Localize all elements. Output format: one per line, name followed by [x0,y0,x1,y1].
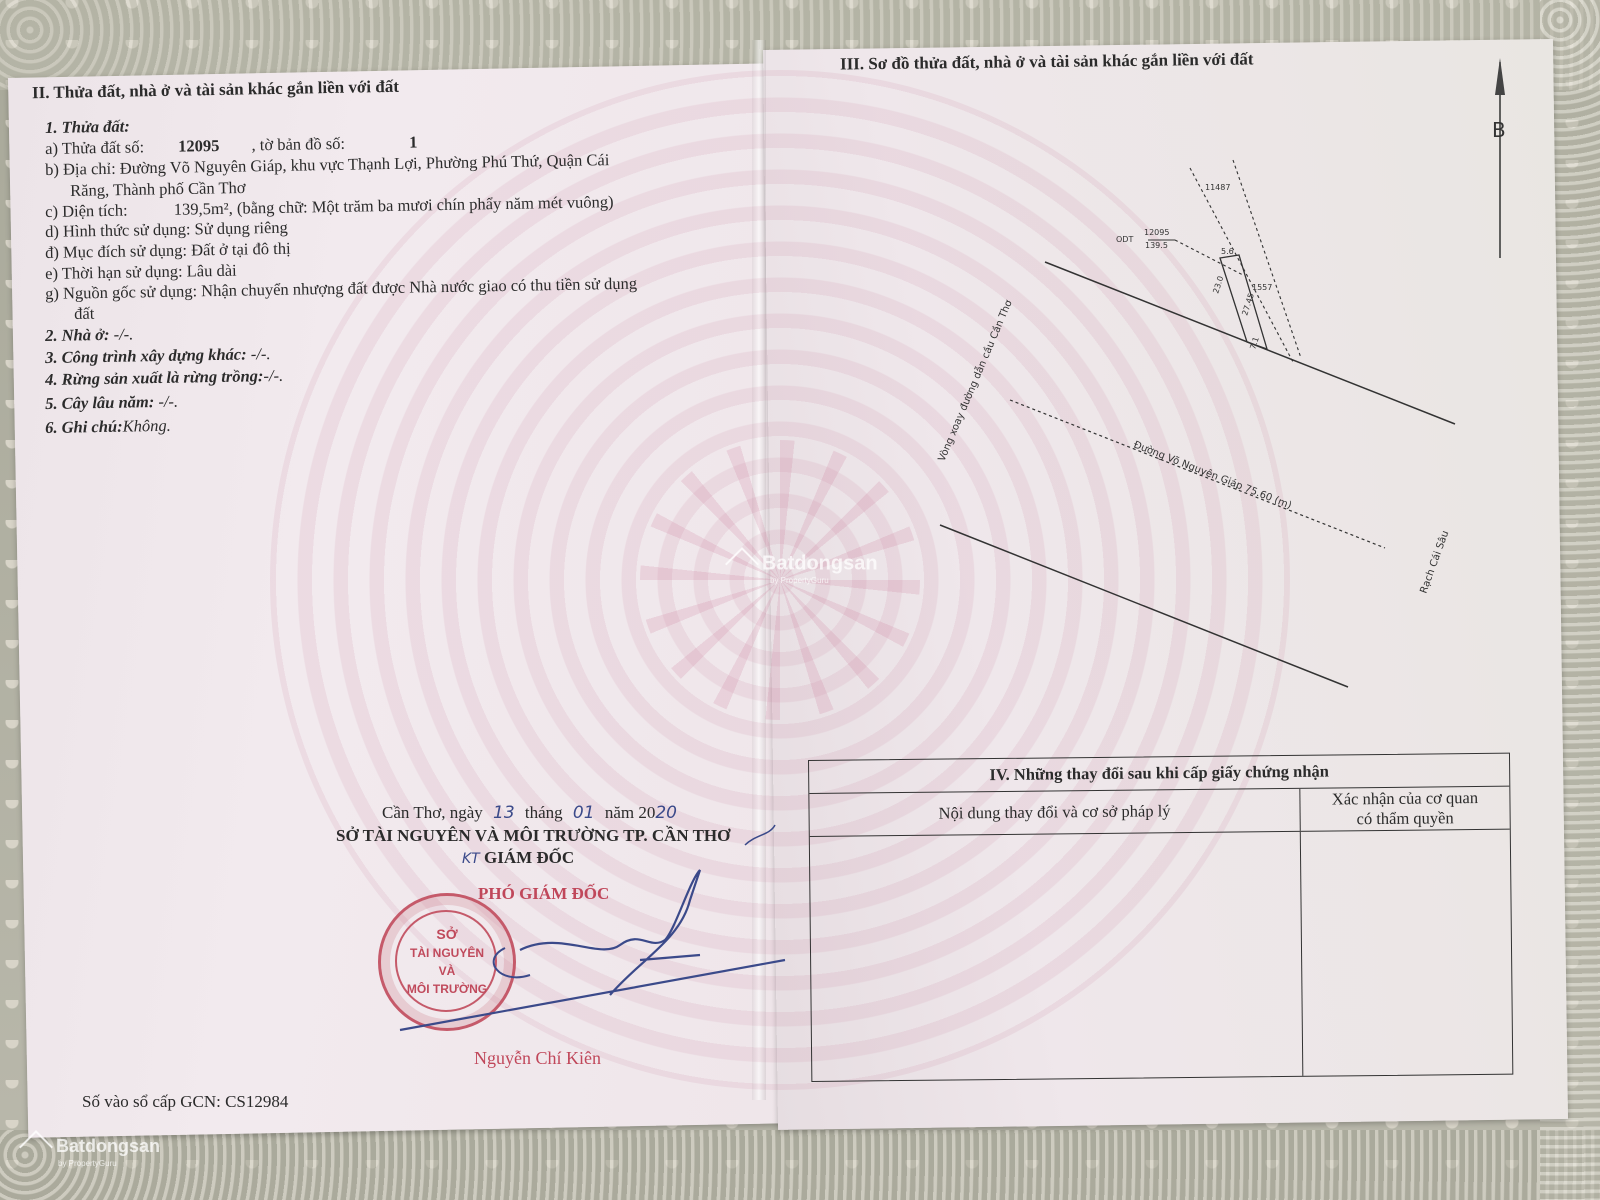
signer-name: Nguyễn Chí Kiên [474,1048,601,1069]
issuing-authority: SỞ TÀI NGUYÊN VÀ MÔI TRƯỜNG TP. CẦN THƠ [336,826,730,846]
watermark-byline-small: by PropertyGuru [58,1159,160,1168]
item3-value: -/-. [251,344,271,363]
stamp-line-2: TÀI NGUYÊN [381,946,513,960]
item1-heading: 1. Thửa đất: [45,117,130,138]
item2-label: 2. Nhà ở: [45,325,110,345]
date-prefix: Cần Thơ, ngày [382,803,483,822]
map-sheet-number: 1 [409,133,418,152]
date-month: 01 [573,803,595,823]
item2-row: 2. Nhà ở: -/-. [45,324,133,346]
header-authority-line-2: có thẩm quyền [1301,808,1510,830]
origin-line-2: đất [74,304,95,324]
watermark-brand: Batdongsan [762,552,878,574]
header-authority-confirmation: Xác nhận của cơ quan có thẩm quyền [1300,787,1509,831]
date-year-label: năm 20 [605,803,656,822]
issue-date: Cần Thơ, ngày 13 tháng 01 năm 2020 [382,803,677,823]
date-day: 13 [493,803,515,823]
stamp-line-1: SỞ [381,926,513,942]
changes-table-header: Nội dung thay đổi và cơ sở pháp lý Xác n… [809,787,1509,837]
official-red-stamp: SỞ TÀI NGUYÊN VÀ MÔI TRƯỜNG [378,893,516,1031]
item5-label: 5. Cây lâu năm: [45,392,154,413]
item6-value: Không. [122,416,170,436]
director-line: KT GIÁM ĐỐC [462,848,574,868]
item5-value: -/-. [158,392,178,411]
tablecloth-lace-bottom [0,1130,1600,1200]
watermark-byline: by PropertyGuru [770,576,878,585]
batdongsan-logo-icon-small [19,1130,53,1164]
item4-label: 4. Rừng sản xuất là rừng trồng: [45,366,264,389]
header-authority-line-1: Xác nhận của cơ quan [1300,788,1509,810]
usage-form: d) Hình thức sử dụng: Sử dụng riêng [45,218,288,242]
watermark-center: Batdongsan by PropertyGuru [730,552,878,585]
watermark-bottom-left: Batdongsan by PropertyGuru [24,1135,160,1168]
director-title: GIÁM ĐỐC [484,848,574,867]
item6-label: 6. Ghi chú: [45,417,123,437]
item4-row: 4. Rừng sản xuất là rừng trồng:-/-. [45,366,283,390]
stamp-line-3: VÀ [381,964,513,978]
area-label: c) Diện tích: [45,201,128,221]
changes-table: IV. Những thay đổi sau khi cấp giấy chứn… [808,753,1513,1082]
item3-row: 3. Công trình xây dựng khác: -/-. [45,344,271,368]
item6-row: 6. Ghi chú:Không. [45,416,171,438]
date-year-suffix: 20 [655,803,677,823]
item2-value: -/-. [113,324,133,343]
item3-label: 3. Công trình xây dựng khác: [45,344,247,367]
parcel-number: 12095 [178,136,220,156]
watermark-brand-small: Batdongsan [56,1136,160,1156]
deputy-director-title: PHÓ GIÁM ĐỐC [478,884,609,904]
map-sheet-label: , tờ bản đồ số: [251,134,345,155]
registry-number: Số vào sổ cấp GCN: CS12984 [82,1092,288,1112]
header-change-content: Nội dung thay đổi và cơ sở pháp lý [809,789,1300,836]
address-line-2: Răng, Thành phố Cần Thơ [70,178,246,201]
stamp-line-4: MÔI TRƯỜNG [381,982,513,996]
item5-row: 5. Cây lâu năm: -/-. [45,392,178,414]
kt-handwritten-mark: KT [462,851,480,867]
batdongsan-logo-icon [725,547,759,581]
parcel-label-text: a) Thửa đất số: [45,137,144,158]
changes-content-cell [810,832,1304,1081]
usage-purpose: đ) Mục đích sử dụng: Đất ở tại đô thị [45,239,291,263]
changes-table-body [810,830,1513,1081]
date-month-label: tháng [525,803,563,822]
item4-value: -/-. [263,366,283,385]
